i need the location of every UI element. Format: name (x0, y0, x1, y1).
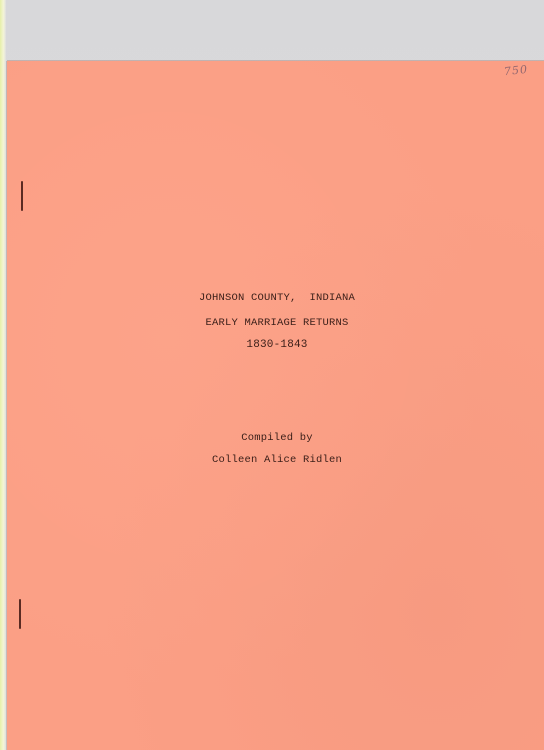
credit-author: Colleen Alice Ridlen (5, 454, 544, 466)
booklet-cover (7, 61, 544, 750)
staple-top (21, 181, 23, 211)
title-county: JOHNSON COUNTY, INDIANA (5, 292, 544, 304)
credit-label: Compiled by (5, 432, 544, 444)
title-years: 1830-1843 (5, 339, 544, 351)
scanner-edge (0, 0, 6, 750)
title-subject: EARLY MARRIAGE RETURNS (5, 317, 544, 329)
handwritten-note: 750 (503, 63, 528, 78)
staple-bottom (19, 599, 21, 629)
